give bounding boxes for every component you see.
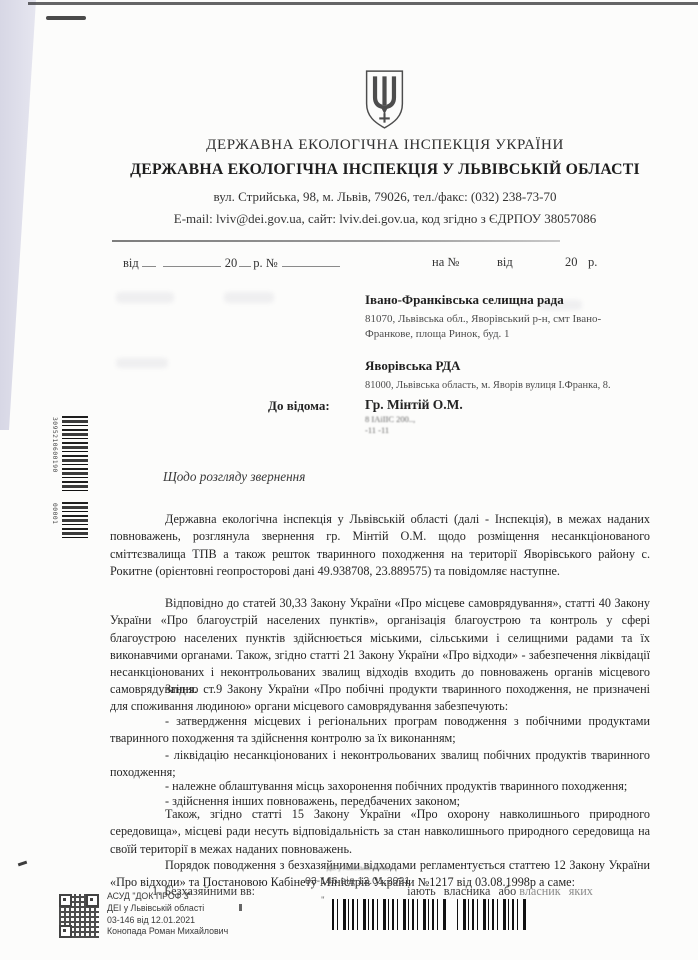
ref-vid-label: від [123, 256, 139, 270]
org-address-line: вул. Стрийська, 98, м. Львів, 79026, тел… [110, 189, 660, 205]
ukraine-trident-icon [361, 69, 408, 130]
incoming-ref-r-label: р. [588, 255, 597, 270]
horizontal-barcode [332, 899, 528, 930]
letter-subject: Щодо розгляду звернення [163, 469, 305, 485]
qr-finder-pattern [86, 894, 99, 907]
barcode-gap [448, 899, 457, 930]
scan-smudge [224, 292, 274, 303]
scanned-letter-page: ДЕРЖАВНА ЕКОЛОГІЧНА ІНСПЕКЦІЯ УКРАЇНИ ДЕ… [0, 0, 698, 960]
recipient-address: 81070, Львівська обл., Яворівський р-н, … [365, 312, 639, 341]
body-list-item: - ліквідацію несанкціонованих і неконтро… [110, 747, 650, 781]
registration-footer-text: АСУД "ДОК ПРОФ 3" ДЕІ у Львівській облас… [107, 891, 228, 938]
qr-finder-pattern [59, 894, 72, 907]
footer-line-person: Конопада Роман Михайлович [107, 926, 228, 938]
scan-speck [239, 904, 242, 911]
org-name-national: ДЕРЖАВНА ЕКОЛОГІЧНА ІНСПЕКЦІЯ УКРАЇНИ [110, 137, 660, 154]
footer-line-org: ДЕІ у Львівській області [107, 903, 228, 915]
recipient-name: Івано-Франківська селищна рада [365, 292, 564, 308]
qr-code [59, 894, 99, 938]
scan-smudge [116, 358, 168, 368]
attention-label: До відома: [268, 398, 330, 414]
body-paragraph: Згідно ст.9 Закону України «Про побічні … [110, 681, 650, 715]
registration-stamp-number: 03-146 від 12.01.2021 [305, 875, 410, 887]
attention-person-name: Гр. Мінтій О.М. [365, 397, 463, 413]
ref-year-label: 20 [225, 256, 238, 270]
body-paragraph: Державна екологічна інспекція у Львівськ… [110, 511, 650, 580]
header-divider [112, 240, 560, 242]
vertical-barcode-number: 00001 [51, 503, 58, 524]
scan-smudge [116, 292, 174, 303]
incoming-ref-na-label: на № [432, 255, 459, 270]
org-name-regional: ДЕРЖАВНА ЕКОЛОГІЧНА ІНСПЕКЦІЯ У ЛЬВІВСЬК… [110, 161, 660, 179]
blank-line [163, 255, 221, 267]
blurred-address-line: 8 ІАіІІС 200.., -11 -11 [365, 414, 535, 436]
partial-line-suffix-faint: власник яких [519, 884, 593, 898]
partial-line-suffix: іають власника або [407, 884, 516, 898]
qr-finder-pattern [59, 925, 72, 938]
recipient-address: 81000, Львівська область, м. Яворів вули… [365, 379, 665, 394]
ref-no-label: р. № [253, 256, 277, 270]
vertical-barcode-number: 3095210600190 [51, 417, 58, 473]
org-contact-line: E-mail: lviv@dei.gov.ua, сайт: lviv.dei.… [110, 211, 660, 227]
body-list-item: - затвердження місцевих і регіональних п… [110, 713, 650, 747]
footer-line-number: 03-146 від 12.01.2021 [107, 915, 228, 927]
outgoing-ref-line: від20р. № [123, 255, 344, 271]
body-paragraph: Також, згідно статті 15 Закону України «… [110, 806, 650, 858]
blank-line [282, 255, 340, 267]
blurred-text: 8 ІАіІІС 200.., [365, 414, 535, 425]
incoming-ref-year-label: 20 [565, 255, 578, 270]
footer-line-system: АСУД "ДОК ПРОФ 3" [107, 891, 228, 903]
scan-mark [46, 16, 86, 20]
blurred-text: -11 -11 [365, 425, 535, 436]
blank-line [239, 255, 251, 267]
scan-mark: " [321, 895, 325, 905]
vertical-barcode-lower [62, 502, 88, 540]
scan-speck [18, 861, 27, 867]
blank-line [142, 255, 156, 267]
scanner-edge-strip [0, 0, 55, 430]
registration-stamp-small-text: ДЕІ у Львівській області [300, 866, 420, 872]
page-top-edge-line [28, 2, 698, 5]
recipient-name: Яворівська РДА [365, 358, 460, 374]
incoming-ref-vid-label: від [497, 255, 513, 270]
vertical-barcode-upper [62, 416, 88, 494]
